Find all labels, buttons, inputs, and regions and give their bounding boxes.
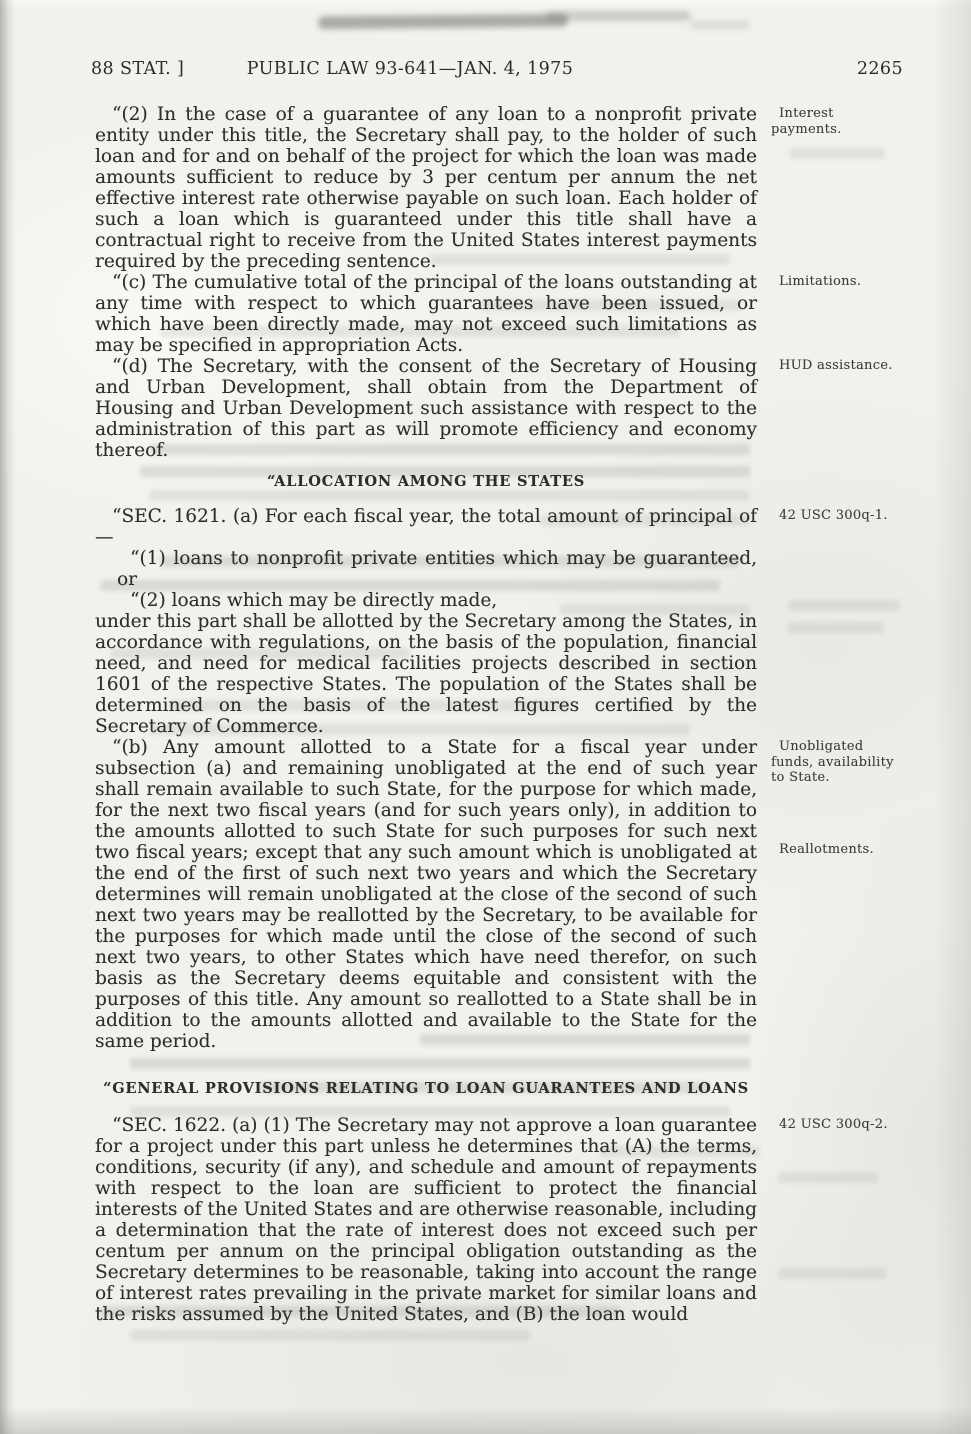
paragraph-row: “SEC. 1622. (a) (1) The Secretary may no… <box>95 1115 925 1325</box>
statute-text: “(2) In the case of a guarantee of any l… <box>95 104 925 1325</box>
scan-smudge <box>690 21 750 29</box>
paragraph-2: “(2) In the case of a guarantee of any l… <box>95 104 757 272</box>
paragraph-b: “(b) Any amount allotted to a State for … <box>95 737 757 1052</box>
section-1622: “SEC. 1622. (a) (1) The Secretary may no… <box>95 1115 757 1325</box>
heading-row: “GENERAL PROVISIONS RELATING TO LOAN GUA… <box>95 1052 925 1115</box>
scan-smudge <box>318 14 568 30</box>
margin-note-limitations: Limitations. <box>771 274 906 290</box>
section-1621-intro: “SEC. 1621. (a) For each fiscal year, th… <box>95 506 757 548</box>
paragraph-row: “(c) The cumulative total of the princip… <box>95 272 925 356</box>
statute-page: 88 STAT. ] PUBLIC LAW 93-641—JAN. 4, 197… <box>0 0 971 1434</box>
page-number: 2265 <box>857 59 903 79</box>
section-1621-continuation: under this part shall be allotted by the… <box>95 611 757 737</box>
paragraph-row: “SEC. 1621. (a) For each fiscal year, th… <box>95 506 925 548</box>
scan-edge-bottom <box>0 1406 971 1434</box>
scan-smudge <box>546 11 691 21</box>
heading-allocation-among-states: “ALLOCATION AMONG THE STATES <box>95 471 757 492</box>
margin-note-hud-assistance: HUD assistance. <box>771 358 906 374</box>
scan-edge-left <box>0 0 16 1434</box>
scan-edge-top <box>0 0 971 10</box>
section-1621-item-2: “(2) loans which may be directly made, <box>95 590 757 611</box>
paragraph-row: “(b) Any amount allotted to a State for … <box>95 737 925 1052</box>
margin-note-unobligated-funds: Unobligated funds, availability to State… <box>771 739 906 786</box>
paragraph-c: “(c) The cumulative total of the princip… <box>95 272 757 356</box>
paragraph-row: “(d) The Secretary, with the consent of … <box>95 356 925 461</box>
paragraph-row: “(1) loans to nonprofit private entities… <box>95 548 925 590</box>
heading-row: “ALLOCATION AMONG THE STATES <box>95 461 925 506</box>
margin-note-usc-300q-2: 42 USC 300q-2. <box>771 1117 906 1133</box>
paragraph-row: under this part shall be allotted by the… <box>95 611 925 737</box>
bleedthrough-artifact <box>130 1330 530 1341</box>
scan-edge-right <box>933 0 971 1434</box>
margin-note-interest-payments: Interest payments. <box>771 106 871 137</box>
margin-note-reallotments: Reallotments. <box>771 842 874 858</box>
paragraph-row: “(2) In the case of a guarantee of any l… <box>95 104 925 272</box>
paragraph-row: “(2) loans which may be directly made, <box>95 590 925 611</box>
section-1621-item-1: “(1) loans to nonprofit private entities… <box>95 548 757 590</box>
heading-general-provisions: “GENERAL PROVISIONS RELATING TO LOAN GUA… <box>95 1078 757 1099</box>
margin-note-usc-300q-1: 42 USC 300q-1. <box>771 508 906 524</box>
paragraph-d: “(d) The Secretary, with the consent of … <box>95 356 757 461</box>
law-title: PUBLIC LAW 93-641—JAN. 4, 1975 <box>95 59 725 79</box>
